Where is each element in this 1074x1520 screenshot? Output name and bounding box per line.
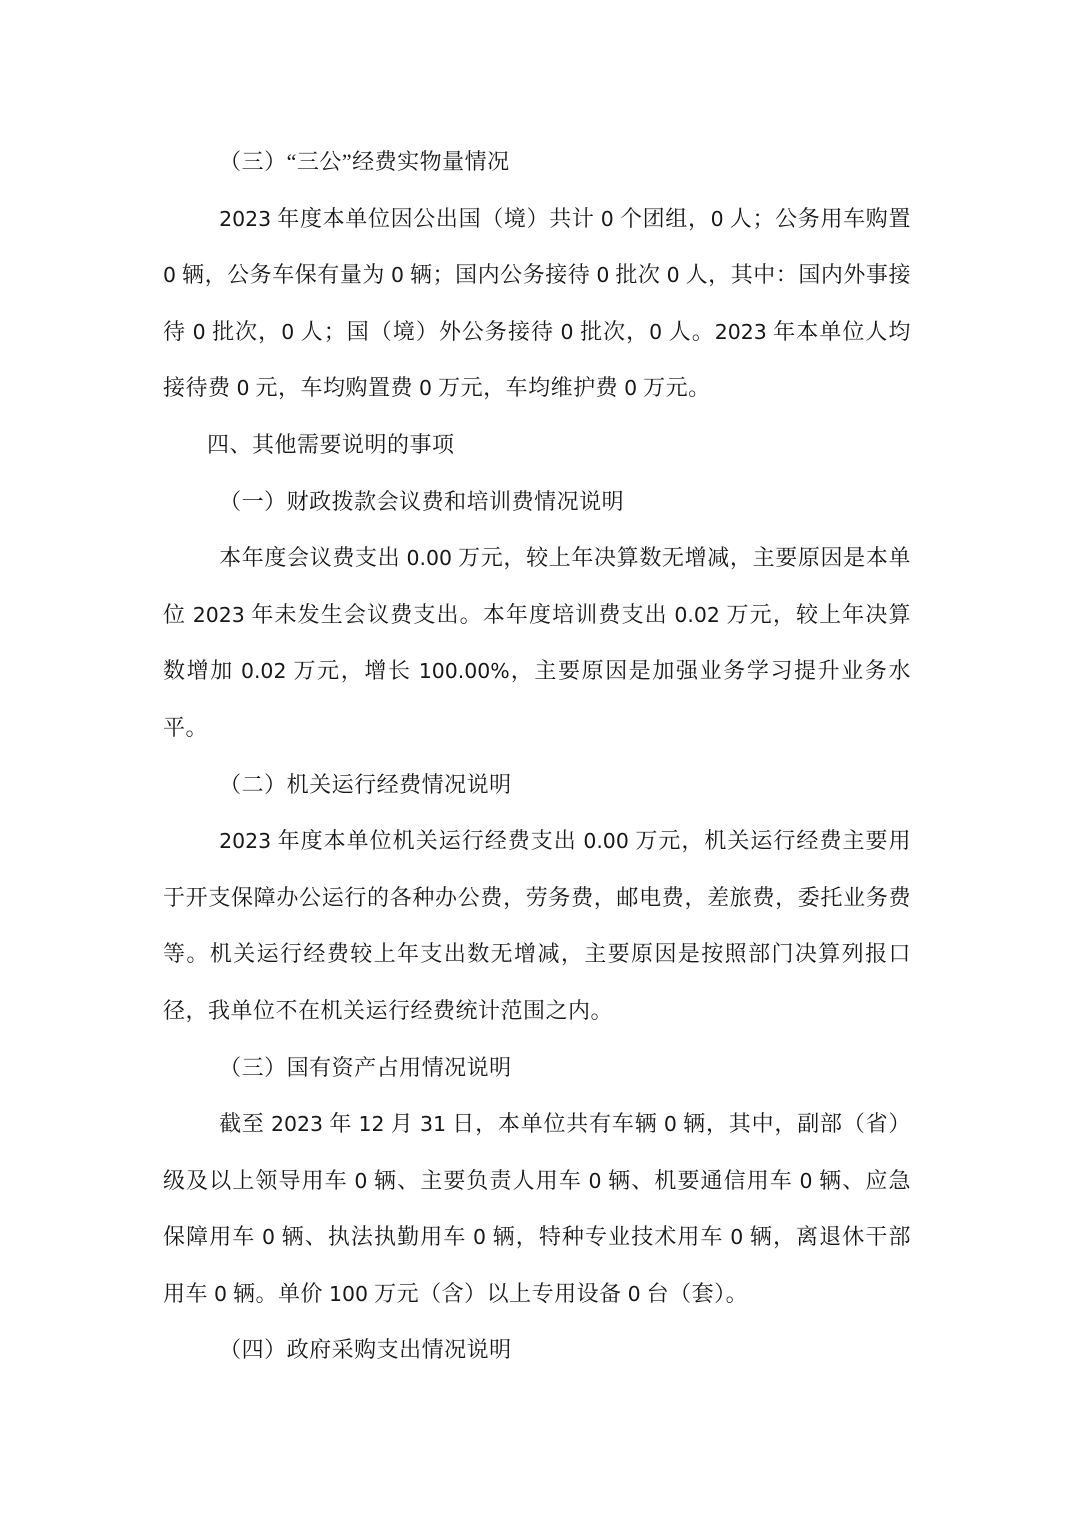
numeric-value: 0	[561, 320, 574, 344]
body-paragraph: 本年度会议费支出 0.00 万元，较上年决算数无增减，主要原因是本单位 2023…	[163, 530, 911, 756]
numeric-value: 0.02	[241, 659, 287, 683]
body-paragraph: 截至 2023 年 12 月 31 日，本单位共有车辆 0 辆，其中，副部（省）…	[163, 1096, 911, 1322]
numeric-value: 0	[237, 376, 250, 400]
subsection-heading: （二）机关运行经费情况说明	[163, 757, 911, 814]
body-paragraph: 2023 年度本单位机关运行经费支出 0.00 万元，机关运行经费主要用于开支保…	[163, 813, 911, 1039]
numeric-value: 0	[419, 376, 432, 400]
numeric-value: 0	[730, 1225, 743, 1249]
numeric-value: 0	[601, 207, 614, 231]
numeric-value: 0	[711, 207, 724, 231]
section-heading: 四、其他需要说明的事项	[163, 417, 911, 474]
subsection-heading: （三）“三公”经费实物量情况	[163, 134, 911, 191]
numeric-value: 0	[163, 263, 176, 287]
numeric-value: 0	[667, 263, 680, 287]
numeric-value: 2023	[715, 320, 767, 344]
document-page-surface: （三）“三公”经费实物量情况2023 年度本单位因公出国（境）共计 0 个团组，…	[0, 0, 1074, 1520]
numeric-value: 0	[628, 1282, 641, 1306]
numeric-value: 31	[420, 1112, 446, 1136]
numeric-value: 12	[358, 1112, 384, 1136]
numeric-value: 0	[589, 1169, 602, 1193]
document-page: { "page": { "background_color": "#ffffff…	[0, 0, 1074, 1520]
numeric-value: 0	[624, 376, 637, 400]
numeric-value: 0	[281, 320, 294, 344]
numeric-value: 0	[391, 263, 404, 287]
numeric-value: 2023	[219, 829, 271, 853]
numeric-value: 2023	[219, 207, 271, 231]
numeric-value: 0	[354, 1169, 367, 1193]
document-body: （三）“三公”经费实物量情况2023 年度本单位因公出国（境）共计 0 个团组，…	[0, 0, 1074, 1379]
numeric-value: 100.00%	[419, 659, 510, 683]
numeric-value: 0.00	[406, 546, 452, 570]
numeric-value: 0	[664, 1112, 677, 1136]
numeric-value: 0	[800, 1169, 813, 1193]
numeric-value: 0.02	[674, 603, 720, 627]
body-paragraph: 2023 年度本单位因公出国（境）共计 0 个团组，0 人；公务用车购置 0 辆…	[163, 191, 911, 417]
subsection-heading: （三）国有资产占用情况说明	[163, 1040, 911, 1097]
numeric-value: 0	[262, 1225, 275, 1249]
numeric-value: 0.00	[583, 829, 629, 853]
subsection-heading: （四）政府采购支出情况说明	[163, 1322, 911, 1379]
numeric-value: 100	[329, 1282, 368, 1306]
numeric-value: 0	[193, 320, 206, 344]
numeric-value: 0	[473, 1225, 486, 1249]
numeric-value: 2023	[193, 603, 245, 627]
numeric-value: 0	[649, 320, 662, 344]
numeric-value: 0	[214, 1282, 227, 1306]
numeric-value: 0	[596, 263, 609, 287]
subsection-heading: （一）财政拨款会议费和培训费情况说明	[163, 474, 911, 531]
numeric-value: 2023	[271, 1112, 323, 1136]
